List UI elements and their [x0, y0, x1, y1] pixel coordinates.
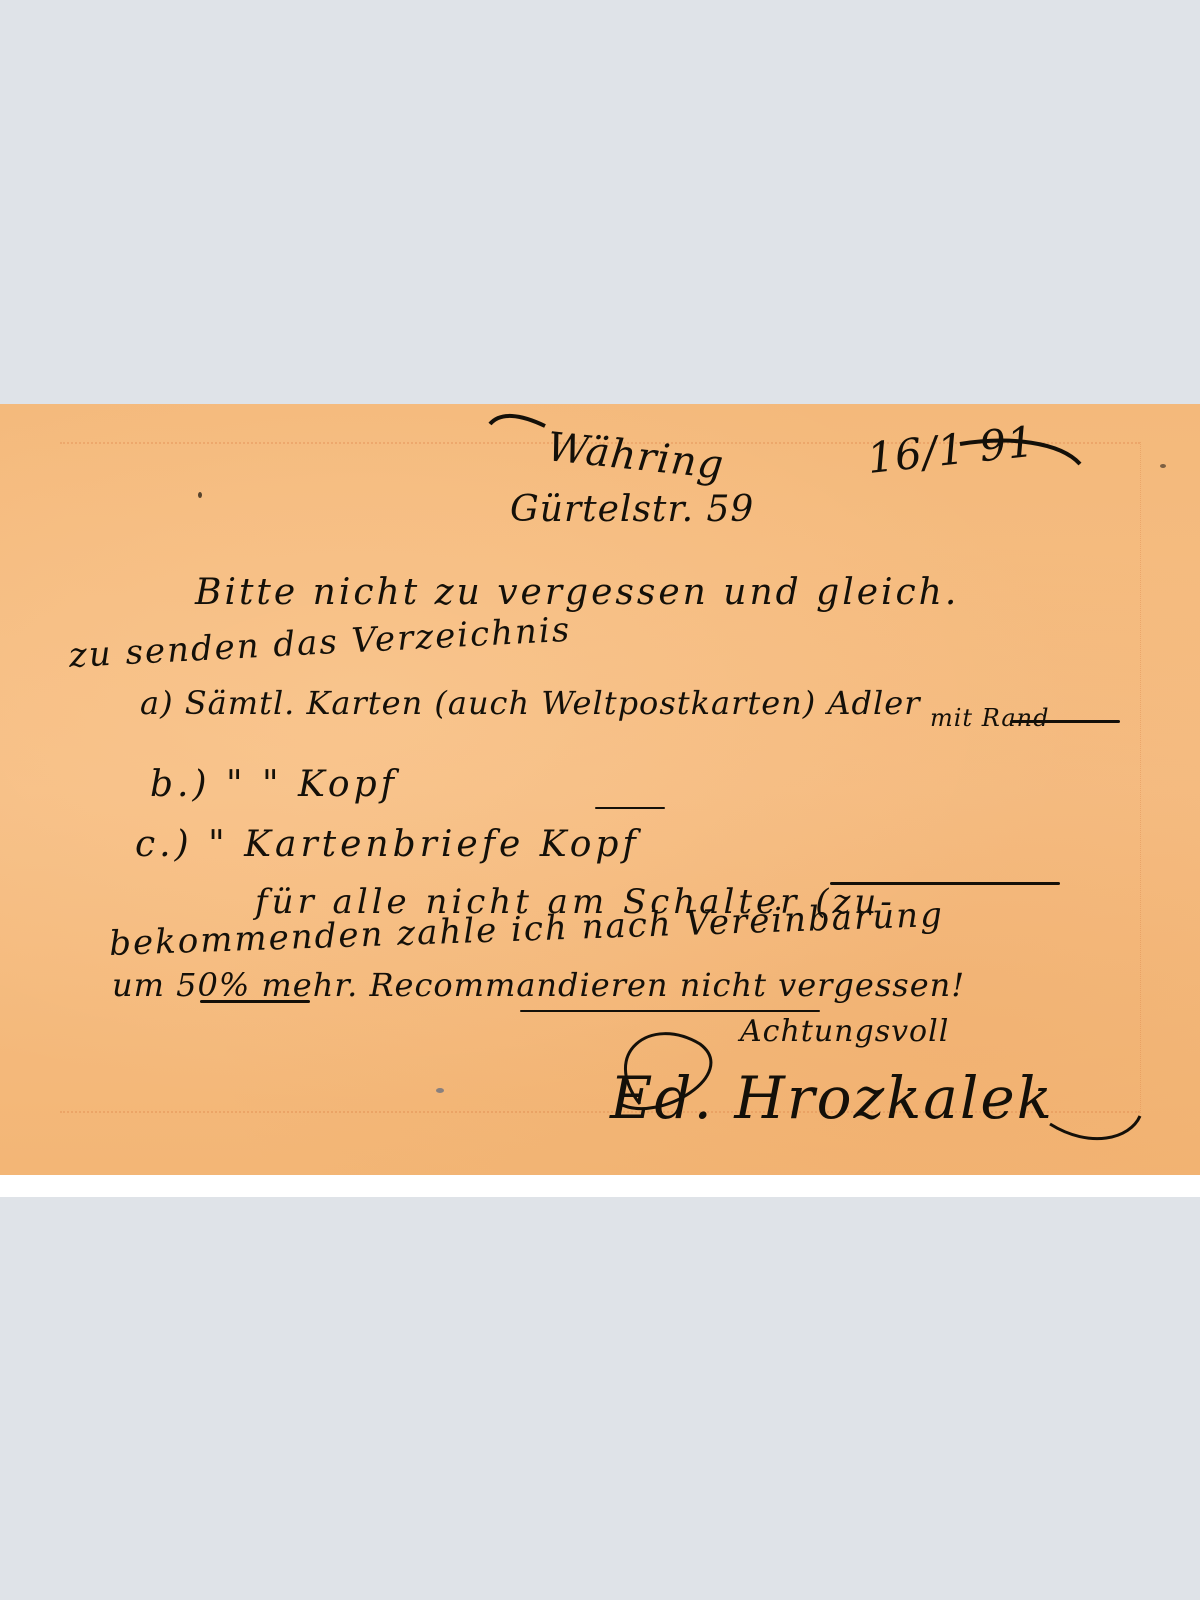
- body-line-4: b.) " " Kopf: [150, 764, 398, 805]
- scan-margin: [0, 1175, 1200, 1197]
- postcard: Währing 16/1 91 Gürtelstr. 59 Bitte nich…: [0, 404, 1200, 1177]
- ink-dot: [1160, 464, 1166, 468]
- closing: Achtungsvoll: [740, 1014, 949, 1049]
- underline-50-percent: [200, 1000, 310, 1003]
- underline-kopf: [595, 807, 665, 809]
- body-line-5: c.) " Kartenbriefe Kopf: [135, 824, 640, 865]
- body-line-8: um 50% mehr. Recommandieren nicht verges…: [112, 966, 965, 1004]
- body-line-3b: mit Rand: [930, 704, 1049, 732]
- underline-recommandieren: [520, 1010, 820, 1012]
- body-line-3: a) Sämtl. Karten (auch Weltpostkarten) A…: [140, 684, 920, 722]
- date: 16/1 91: [865, 417, 1037, 483]
- ink-dot: [198, 492, 202, 498]
- address: Gürtelstr. 59: [510, 489, 754, 530]
- body-line-2: zu senden das Verzeichnis: [68, 610, 572, 676]
- printed-frame-right: [1140, 442, 1141, 1113]
- body-line-1: Bitte nicht zu vergessen und gleich.: [195, 572, 959, 613]
- signature: Ed. Hrozkalek: [610, 1064, 1054, 1132]
- blue-ink-mark: [436, 1088, 444, 1093]
- place-name: Währing: [545, 424, 726, 488]
